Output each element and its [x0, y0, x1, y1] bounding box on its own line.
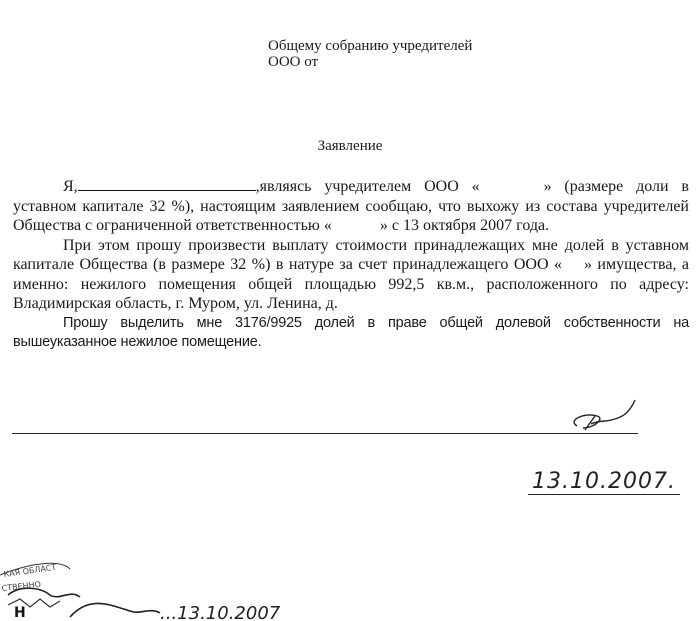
p1-text-a: ,являясь учредителем ООО « — [256, 178, 480, 195]
signature-line — [12, 433, 638, 434]
svg-text:Н: Н — [14, 605, 26, 621]
document-title: Заявление — [0, 138, 700, 155]
document-body: Я,,являясь учредителем ООО «» (размере д… — [13, 176, 689, 353]
stamp-icon: КАЯ ОБЛАСТ СТВЕННО Н ...13.10.2007 — [0, 555, 320, 621]
paragraph-3: Прошу выделить мне 3176/9925 долей в пра… — [13, 314, 689, 353]
svg-text:...13.10.2007: ...13.10.2007 — [160, 603, 281, 621]
svg-text:КАЯ ОБЛАСТ: КАЯ ОБЛАСТ — [3, 563, 57, 579]
addressee-line-1: Общему собранию учредителей — [268, 38, 472, 54]
paragraph-1: Я,,являясь учредителем ООО «» (размере д… — [13, 176, 689, 236]
p1-prefix: Я, — [63, 178, 78, 195]
handwritten-date: 13.10.2007. — [528, 470, 680, 495]
addressee-line-2: ООО от — [268, 54, 472, 70]
signature-icon — [565, 398, 645, 438]
addressee-block: Общему собранию учредителей ООО от — [268, 38, 472, 70]
name-blank-field — [78, 176, 256, 191]
svg-text:СТВЕННО: СТВЕННО — [1, 580, 41, 593]
p1-text-c: » с 13 октября 2007 года. — [380, 217, 549, 234]
paragraph-2: При этом прошу произвести выплату стоимо… — [13, 236, 689, 314]
